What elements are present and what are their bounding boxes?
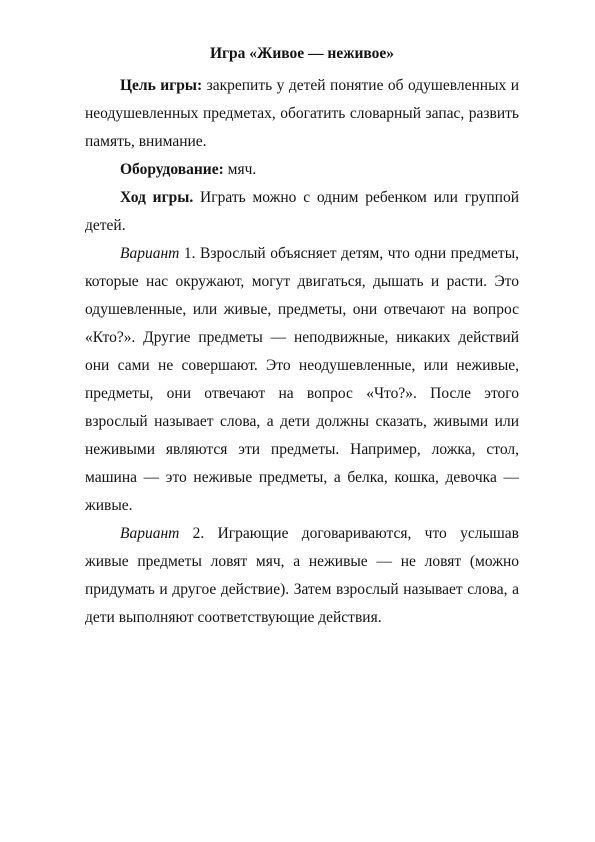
paragraph-variant-1: Вариант 1. Взрослый объясняет детям, что… <box>85 240 519 520</box>
paragraph-text: 1. Взрослый объясняет детям, что одни пр… <box>85 245 519 514</box>
document-title: Игра «Живое — неживое» <box>85 40 519 68</box>
paragraph-lead: Оборудование: <box>120 161 224 178</box>
paragraph-lead: Вариант <box>120 525 179 542</box>
paragraph-lead: Цель игры: <box>120 77 202 94</box>
paragraph-variant-2: Вариант 2. Играющие договариваются, что … <box>85 520 519 632</box>
paragraph-lead: Вариант <box>120 245 179 262</box>
paragraph-procedure: Ход игры. Играть можно с одним ребенком … <box>85 184 519 240</box>
paragraph-text: мяч. <box>224 161 256 178</box>
paragraph-goal: Цель игры: закрепить у детей понятие об … <box>85 72 519 156</box>
paragraph-lead: Ход игры. <box>120 189 193 206</box>
document-page: Игра «Живое — неживое» Цель игры: закреп… <box>0 0 595 842</box>
paragraph-equipment: Оборудование: мяч. <box>85 156 519 184</box>
